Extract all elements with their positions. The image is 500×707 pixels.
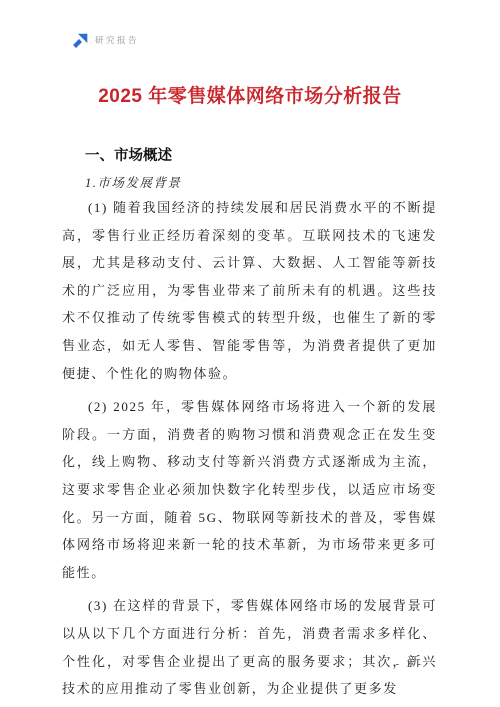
paragraph-block: (1) 随着我国经济的持续发展和居民消费水平的不断提高，零售行业正经历着深刻的变… [62, 194, 437, 703]
report-title: 2025 年零售媒体网络市场分析报告 [0, 85, 500, 109]
paragraph-2: (2) 2025 年，零售媒体网络市场将进入一个新的发展阶段。一方面，消费者的购… [62, 393, 437, 586]
brand-text: 研究报告 [95, 34, 139, 46]
document-page: 研究报告 2025 年零售媒体网络市场分析报告 一、市场概述 1.市场发展背景 … [0, 0, 500, 707]
document-body: 一、市场概述 1.市场发展背景 (1) 随着我国经济的持续发展和居民消费水平的不… [0, 148, 500, 703]
arrow-up-right-icon [72, 32, 89, 49]
paragraph-3: (3) 在这样的背景下，零售媒体网络市场的发展背景可以从以下几个方面进行分析：首… [62, 592, 437, 702]
subsection-heading: 1.市场发展背景 [85, 175, 437, 192]
brand-logo: 研究报告 [72, 31, 500, 49]
paragraph-1: (1) 随着我国经济的持续发展和居民消费水平的不断提高，零售行业正经历着深刻的变… [62, 194, 437, 387]
page-number: - 1 - [396, 659, 424, 670]
section-heading: 一、市场概述 [85, 148, 437, 164]
